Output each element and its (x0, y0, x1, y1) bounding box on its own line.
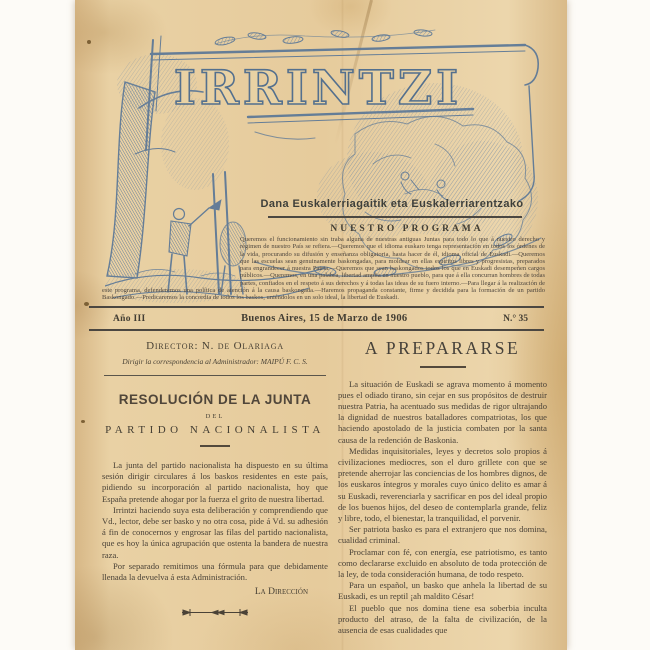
place-and-date: Buenos Aires, 15 de Marzo de 1906 (145, 313, 503, 324)
newspaper-page: IRRINTZI Dana Euskalerriagaitik eta Eusk… (75, 0, 567, 650)
dateline-rule-bottom (89, 329, 544, 331)
illustration-wrap-spacer (102, 236, 240, 281)
left-column-rule (104, 375, 326, 376)
masthead-subtitle: Dana Euskalerriagaitik eta Euskalerriare… (257, 198, 527, 210)
left-column: Director: N. de Olariaga Dirigir la corr… (102, 338, 328, 636)
subtitle-rule (268, 216, 522, 218)
right-column: A PREPARARSE La situación de Euskadi se … (338, 338, 547, 636)
paragraph: Medidas inquisitoriales, leyes y decreto… (338, 446, 547, 524)
paper-speck (87, 40, 91, 44)
title-divider-rule (420, 366, 466, 368)
paragraph: La situación de Euskadi se agrava moment… (338, 379, 547, 446)
paragraph: Por separado remitimos una fórmula para … (102, 561, 328, 583)
edition-year: Año III (113, 314, 145, 324)
paragraph: Ser patriota basko es para el extranjero… (338, 524, 547, 546)
paragraph: Proclamar con fé, con energía, ese patri… (338, 547, 547, 581)
issue-number: N.° 35 (503, 314, 528, 324)
programa-heading: NUESTRO PROGRAMA (327, 224, 487, 234)
article-signature: La Dirección (102, 587, 328, 597)
dateline-rule-top (89, 306, 544, 308)
prepararse-article-body: La situación de Euskadi se agrava moment… (338, 379, 547, 637)
body-columns: Director: N. de Olariaga Dirigir la corr… (102, 338, 547, 636)
paragraph: Irrintzi haciendo suya esta deliberación… (102, 505, 328, 561)
programa-body: Queremos el funcionamiento sin traba alg… (102, 236, 545, 302)
title-divider-rule (200, 445, 230, 447)
paragraph: El pueblo que nos domina tiene esa sober… (338, 603, 547, 637)
arrow-divider-ornament-icon (182, 608, 248, 617)
paragraph: La junta del partido nacionalista ha dis… (102, 460, 328, 505)
resolucion-article-body: La junta del partido nacionalista ha dis… (102, 460, 328, 583)
article-title-resolucion: RESOLUCIÓN DE LA JUNTA (102, 392, 328, 407)
dateline: Año III Buenos Aires, 15 de Marzo de 190… (89, 309, 544, 328)
article-title-partido: PARTIDO NACIONALISTA (102, 424, 328, 436)
director-line: Director: N. de Olariaga (102, 340, 328, 352)
paper-speck (81, 420, 85, 423)
article-title-del: DEL (102, 413, 328, 420)
correspondence-line: Dirigir la correspondencia al Administra… (102, 357, 328, 366)
paragraph: Para un español, un basko que anhela la … (338, 580, 547, 602)
article-title-prepararse: A PREPARARSE (338, 338, 547, 359)
masthead-title: IRRINTZI (174, 61, 462, 116)
